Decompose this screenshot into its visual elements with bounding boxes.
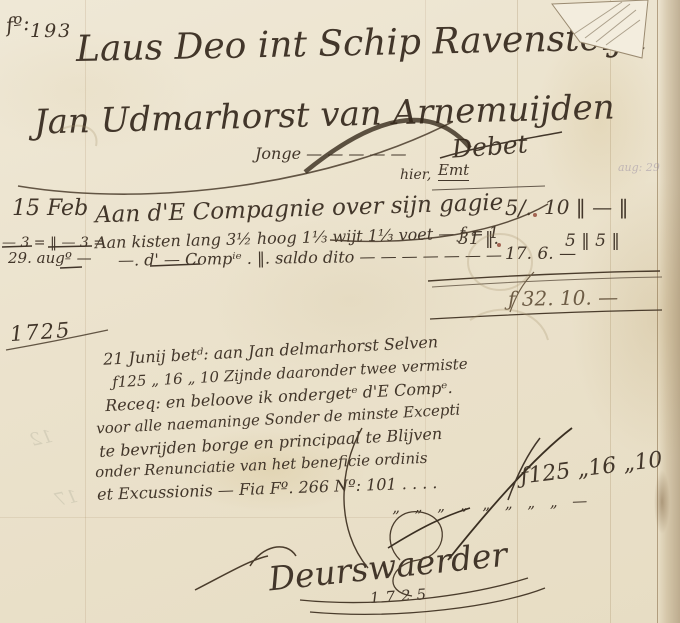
ghost-number: 17 (53, 488, 79, 510)
emt-label: Emt (438, 163, 469, 181)
sum-rule-top (428, 271, 660, 281)
entry-line-7: et Excussionis — Fia Fº. 266 Nº: 101 . .… (97, 475, 438, 503)
debet-heading: Debet (451, 131, 528, 161)
total-amount: ƒ 32. 10. — (508, 287, 618, 309)
edge-damage-spot (654, 470, 670, 534)
folio-number: 193 (30, 22, 72, 41)
ghost-aug29: aug: 29 (618, 162, 660, 173)
row1-rate: 5/. (505, 198, 532, 219)
signature-name: Deurswaerder (267, 538, 509, 596)
row3-amount: 17. 6. — (505, 246, 576, 263)
subtitle-jonge: Jonge — — — — — (255, 146, 407, 162)
hier-label: hier, (400, 168, 431, 182)
page-title: Laus Deo int Schip Ravensteijn (76, 20, 647, 68)
row3-description: —. d' — Compⁱᵉ . ‖. saldo dito — — — — —… (118, 247, 502, 268)
row2-margin-mark: — 3 = ‖ — 3 = (2, 236, 105, 250)
ghost-number: 12 (28, 428, 54, 450)
row3-date: 29. augº — (8, 251, 92, 266)
ink-dot (533, 213, 537, 217)
margin-rule-left (85, 0, 86, 623)
closing-paren-flourish (344, 428, 368, 568)
account-holder: Jan Udmarhorst van Arnemuijden (34, 90, 615, 139)
folio-label: fº: (5, 13, 31, 35)
ledger-page: fº: 193 Laus Deo int Schip Ravensteijn J… (0, 0, 680, 623)
row1-amount: 10 ‖ — ‖ (544, 197, 629, 217)
entry-year: 1725 (9, 320, 72, 345)
signature-year: 1725 (370, 587, 433, 606)
ditto-marks: „ „ „ „ „ „ „ „ — (392, 494, 593, 516)
horizontal-crease (0, 517, 400, 518)
sum-rule-bottom (430, 310, 662, 319)
entry-amount: ƒ125 „16 „10 (519, 449, 664, 488)
row1-description: Aan d'E Compagnie over sijn gagie (95, 192, 504, 228)
row1-date: 15 Feb (12, 198, 88, 220)
